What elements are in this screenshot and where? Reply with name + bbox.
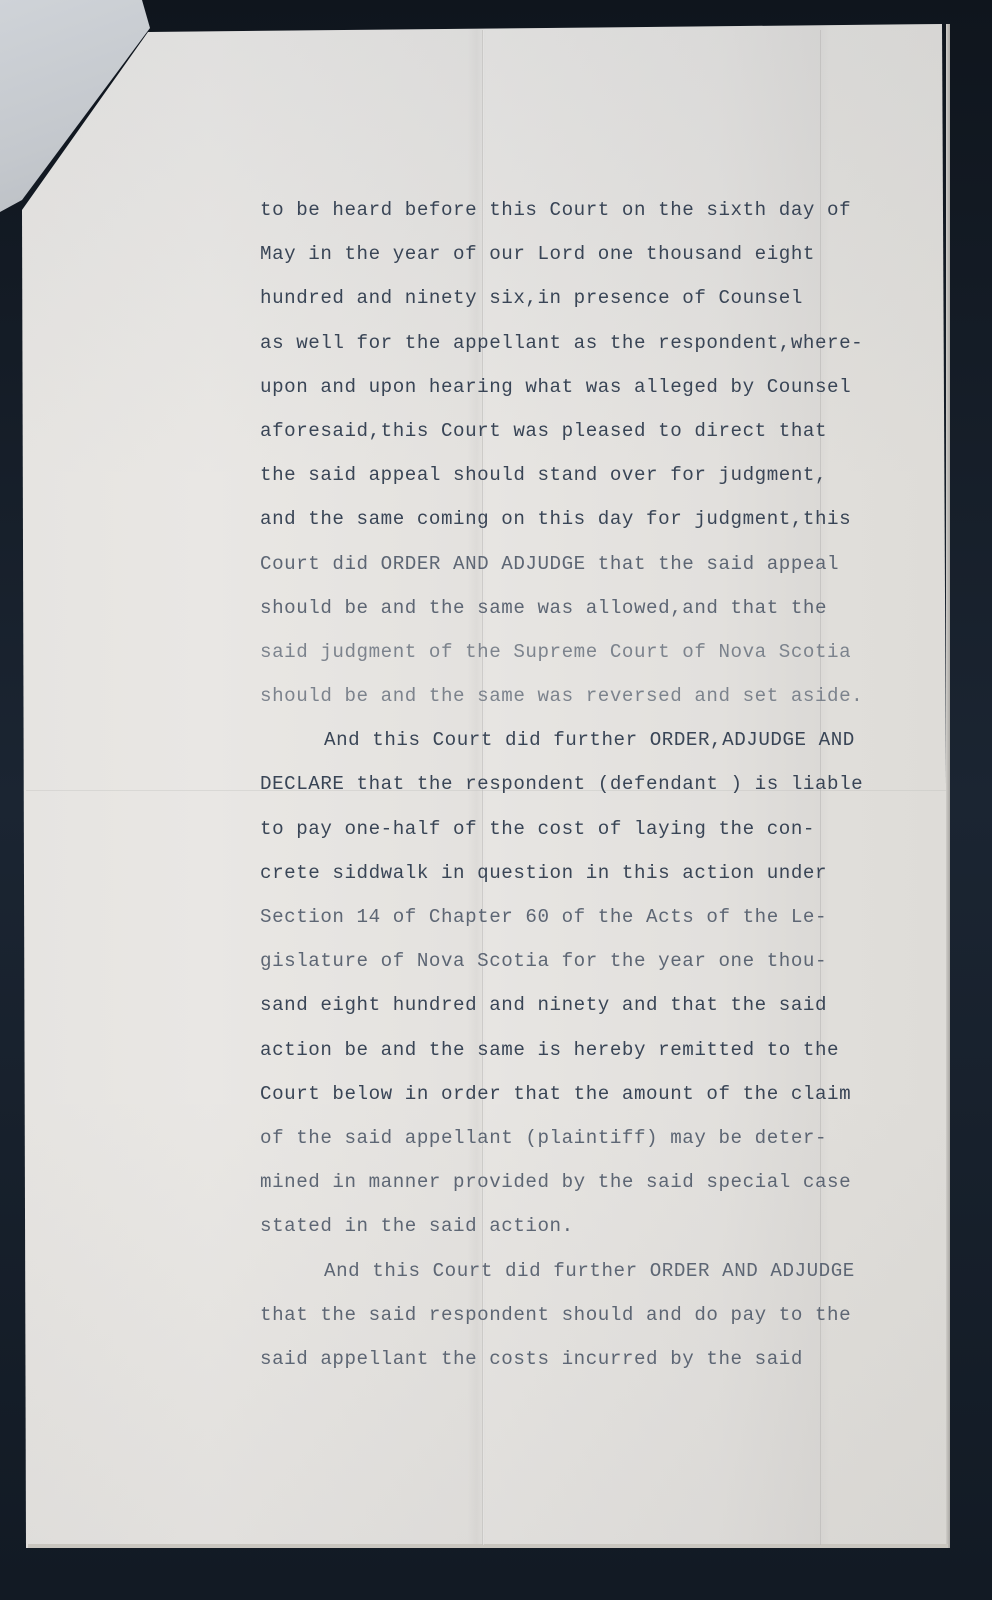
text-line: gislature of Nova Scotia for the year on… (260, 943, 920, 987)
text-line: stated in the said action. (260, 1208, 920, 1252)
paragraph-start-line: And this Court did further ORDER,ADJUDGE… (260, 722, 920, 766)
text-line: crete siddwalk in question in this actio… (260, 855, 920, 899)
text-line: May in the year of our Lord one thousand… (260, 236, 920, 280)
text-line: action be and the same is hereby remitte… (260, 1032, 920, 1076)
text-line: mined in manner provided by the said spe… (260, 1164, 920, 1208)
text-line: aforesaid,this Court was pleased to dire… (260, 413, 920, 457)
paragraph-start-line: And this Court did further ORDER AND ADJ… (260, 1253, 920, 1297)
text-line: to be heard before this Court on the six… (260, 192, 920, 236)
text-line: DECLARE that the respondent (defendant )… (260, 766, 920, 810)
text-line: should be and the same was reversed and … (260, 678, 920, 722)
paper-right-edge (946, 24, 950, 1548)
text-line: hundred and ninety six,in presence of Co… (260, 280, 920, 324)
text-line: upon and upon hearing what was alleged b… (260, 369, 920, 413)
text-line: of the said appellant (plaintiff) may be… (260, 1120, 920, 1164)
text-line: Court did ORDER AND ADJUDGE that the sai… (260, 546, 920, 590)
text-line: and the same coming on this day for judg… (260, 501, 920, 545)
typewritten-text-body: to be heard before this Court on the six… (260, 192, 920, 1385)
text-line: that the said respondent should and do p… (260, 1297, 920, 1341)
text-line: should be and the same was allowed,and t… (260, 590, 920, 634)
text-line: to pay one-half of the cost of laying th… (260, 811, 920, 855)
text-line: Court below in order that the amount of … (260, 1076, 920, 1120)
text-line: the said appeal should stand over for ju… (260, 457, 920, 501)
text-line: as well for the appellant as the respond… (260, 325, 920, 369)
text-line: sand eight hundred and ninety and that t… (260, 987, 920, 1031)
text-line: said appellant the costs incurred by the… (260, 1341, 920, 1385)
text-line: said judgment of the Supreme Court of No… (260, 634, 920, 678)
paper-bottom-edge (28, 1544, 948, 1548)
text-line: Section 14 of Chapter 60 of the Acts of … (260, 899, 920, 943)
